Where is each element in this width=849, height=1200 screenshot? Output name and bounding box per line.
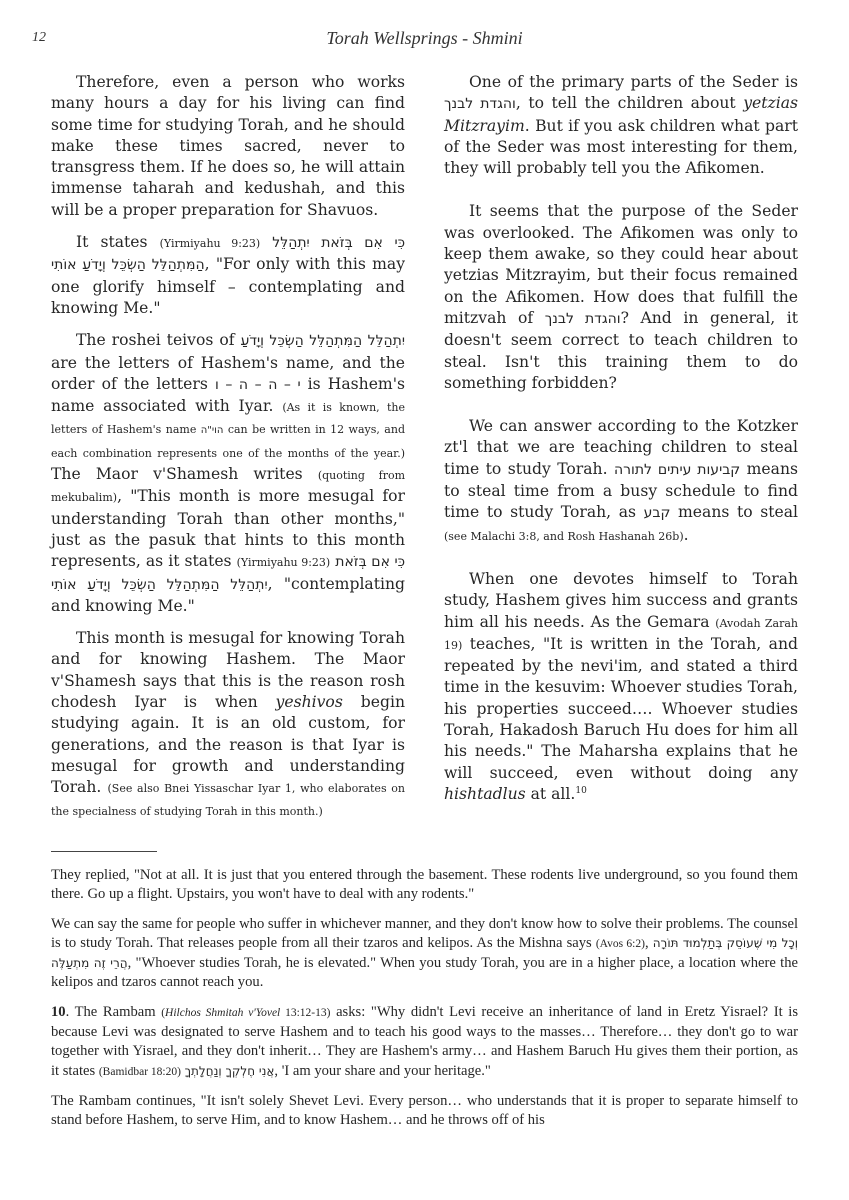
hebrew-phrase: והגדת לבנך [444,96,516,112]
text: . [684,526,689,544]
hebrew-quote: אֲנִי חֶלְקְךָ וְנַחֲלָתְךָ [185,1064,275,1078]
hebrew-word: קבע [644,505,671,521]
footnote-divider [51,851,157,852]
footnote-10: 10. The Rambam (Hilchos Shmitah v'Yovel … [51,1003,798,1082]
paragraph-kotzker: We can answer according to the Kotzker z… [444,416,798,547]
footnote-continuation: They replied, "Not at all. It is just th… [51,866,798,905]
text: , "Whoever studies Torah, he is elevated… [51,955,798,990]
hebrew-letters: י – ה – ה – ו [215,377,301,393]
book-page: 12 Torah Wellsprings - Shmini Therefore,… [0,0,849,1200]
footnote-paragraph: We can say the same for people who suffe… [51,915,798,993]
text: The roshei teivos of [76,331,240,349]
text: . The Rambam [66,1004,162,1020]
citation: (Yirmiyahu 9:23) [160,237,261,250]
text: teaches, "It is written in the Torah, an… [444,635,798,782]
text: at all. [526,785,576,803]
italic-term: yeshivos [276,693,343,711]
page-header: 12 Torah Wellsprings - Shmini [32,30,817,54]
hebrew-phrase: יִתְהַלֵּל הַמִּתְהַלֵּל הַשְׂכֵּל וְיָד… [240,333,405,349]
footnote-reference[interactable]: 10 [575,786,586,796]
paragraph-afikomen: It seems that the purpose of the Seder w… [444,201,798,394]
citation: (Bamidbar 18:20) [99,1066,181,1078]
right-column: One of the primary parts of the Seder is… [444,72,798,805]
paragraph-it-states: It states (Yirmiyahu 9:23) כִּי אִם בְּז… [51,232,405,319]
footnote-number: 10 [51,1004,66,1020]
citation: (see Malachi 3:8, and Rosh Hashanah 26b) [444,530,684,543]
text: , to tell the children about [516,94,743,112]
italic-term: hishtadlus [444,785,526,803]
text: means to steal [670,503,798,521]
text: The Maor v'Shamesh writes [51,465,318,483]
text: It states [76,233,160,251]
paragraph-seder: One of the primary parts of the Seder is… [444,72,798,179]
hebrew-phrase: קביעות עיתים לתורה [614,462,740,478]
paragraph-mesugal: This month is mesugal for knowing Torah … [51,628,405,822]
text: , 'I am your share and your heritage." [274,1063,490,1079]
running-title: Torah Wellsprings - Shmini [32,28,817,49]
text: 13:12-13) [280,1007,330,1019]
citation: (Hilchos Shmitah v'Yovel 13:12-13) [161,1007,330,1019]
footnote-paragraph: The Rambam continues, "It isn't solely S… [51,1092,798,1131]
text: One of the primary parts of the Seder is [469,73,798,91]
footnotes-section: They replied, "Not at all. It is just th… [51,866,798,1141]
paragraph-roshei-teivos: The roshei teivos of יִתְהַלֵּל הַמִּתְה… [51,330,405,617]
paragraph-preparation: Therefore, even a person who works many … [51,72,405,221]
citation: (Avos 6:2) [596,938,645,950]
hebrew-phrase: והגדת לבנך [545,311,621,327]
citation: (Yirmiyahu 9:23) [237,556,331,569]
citation-title: Hilchos Shmitah v'Yovel [165,1007,280,1019]
left-column: Therefore, even a person who works many … [51,72,405,822]
hebrew-name: הוי"ה [201,425,224,436]
text: , [645,935,653,951]
paragraph-torah-study: When one devotes himself to Torah study,… [444,569,798,805]
